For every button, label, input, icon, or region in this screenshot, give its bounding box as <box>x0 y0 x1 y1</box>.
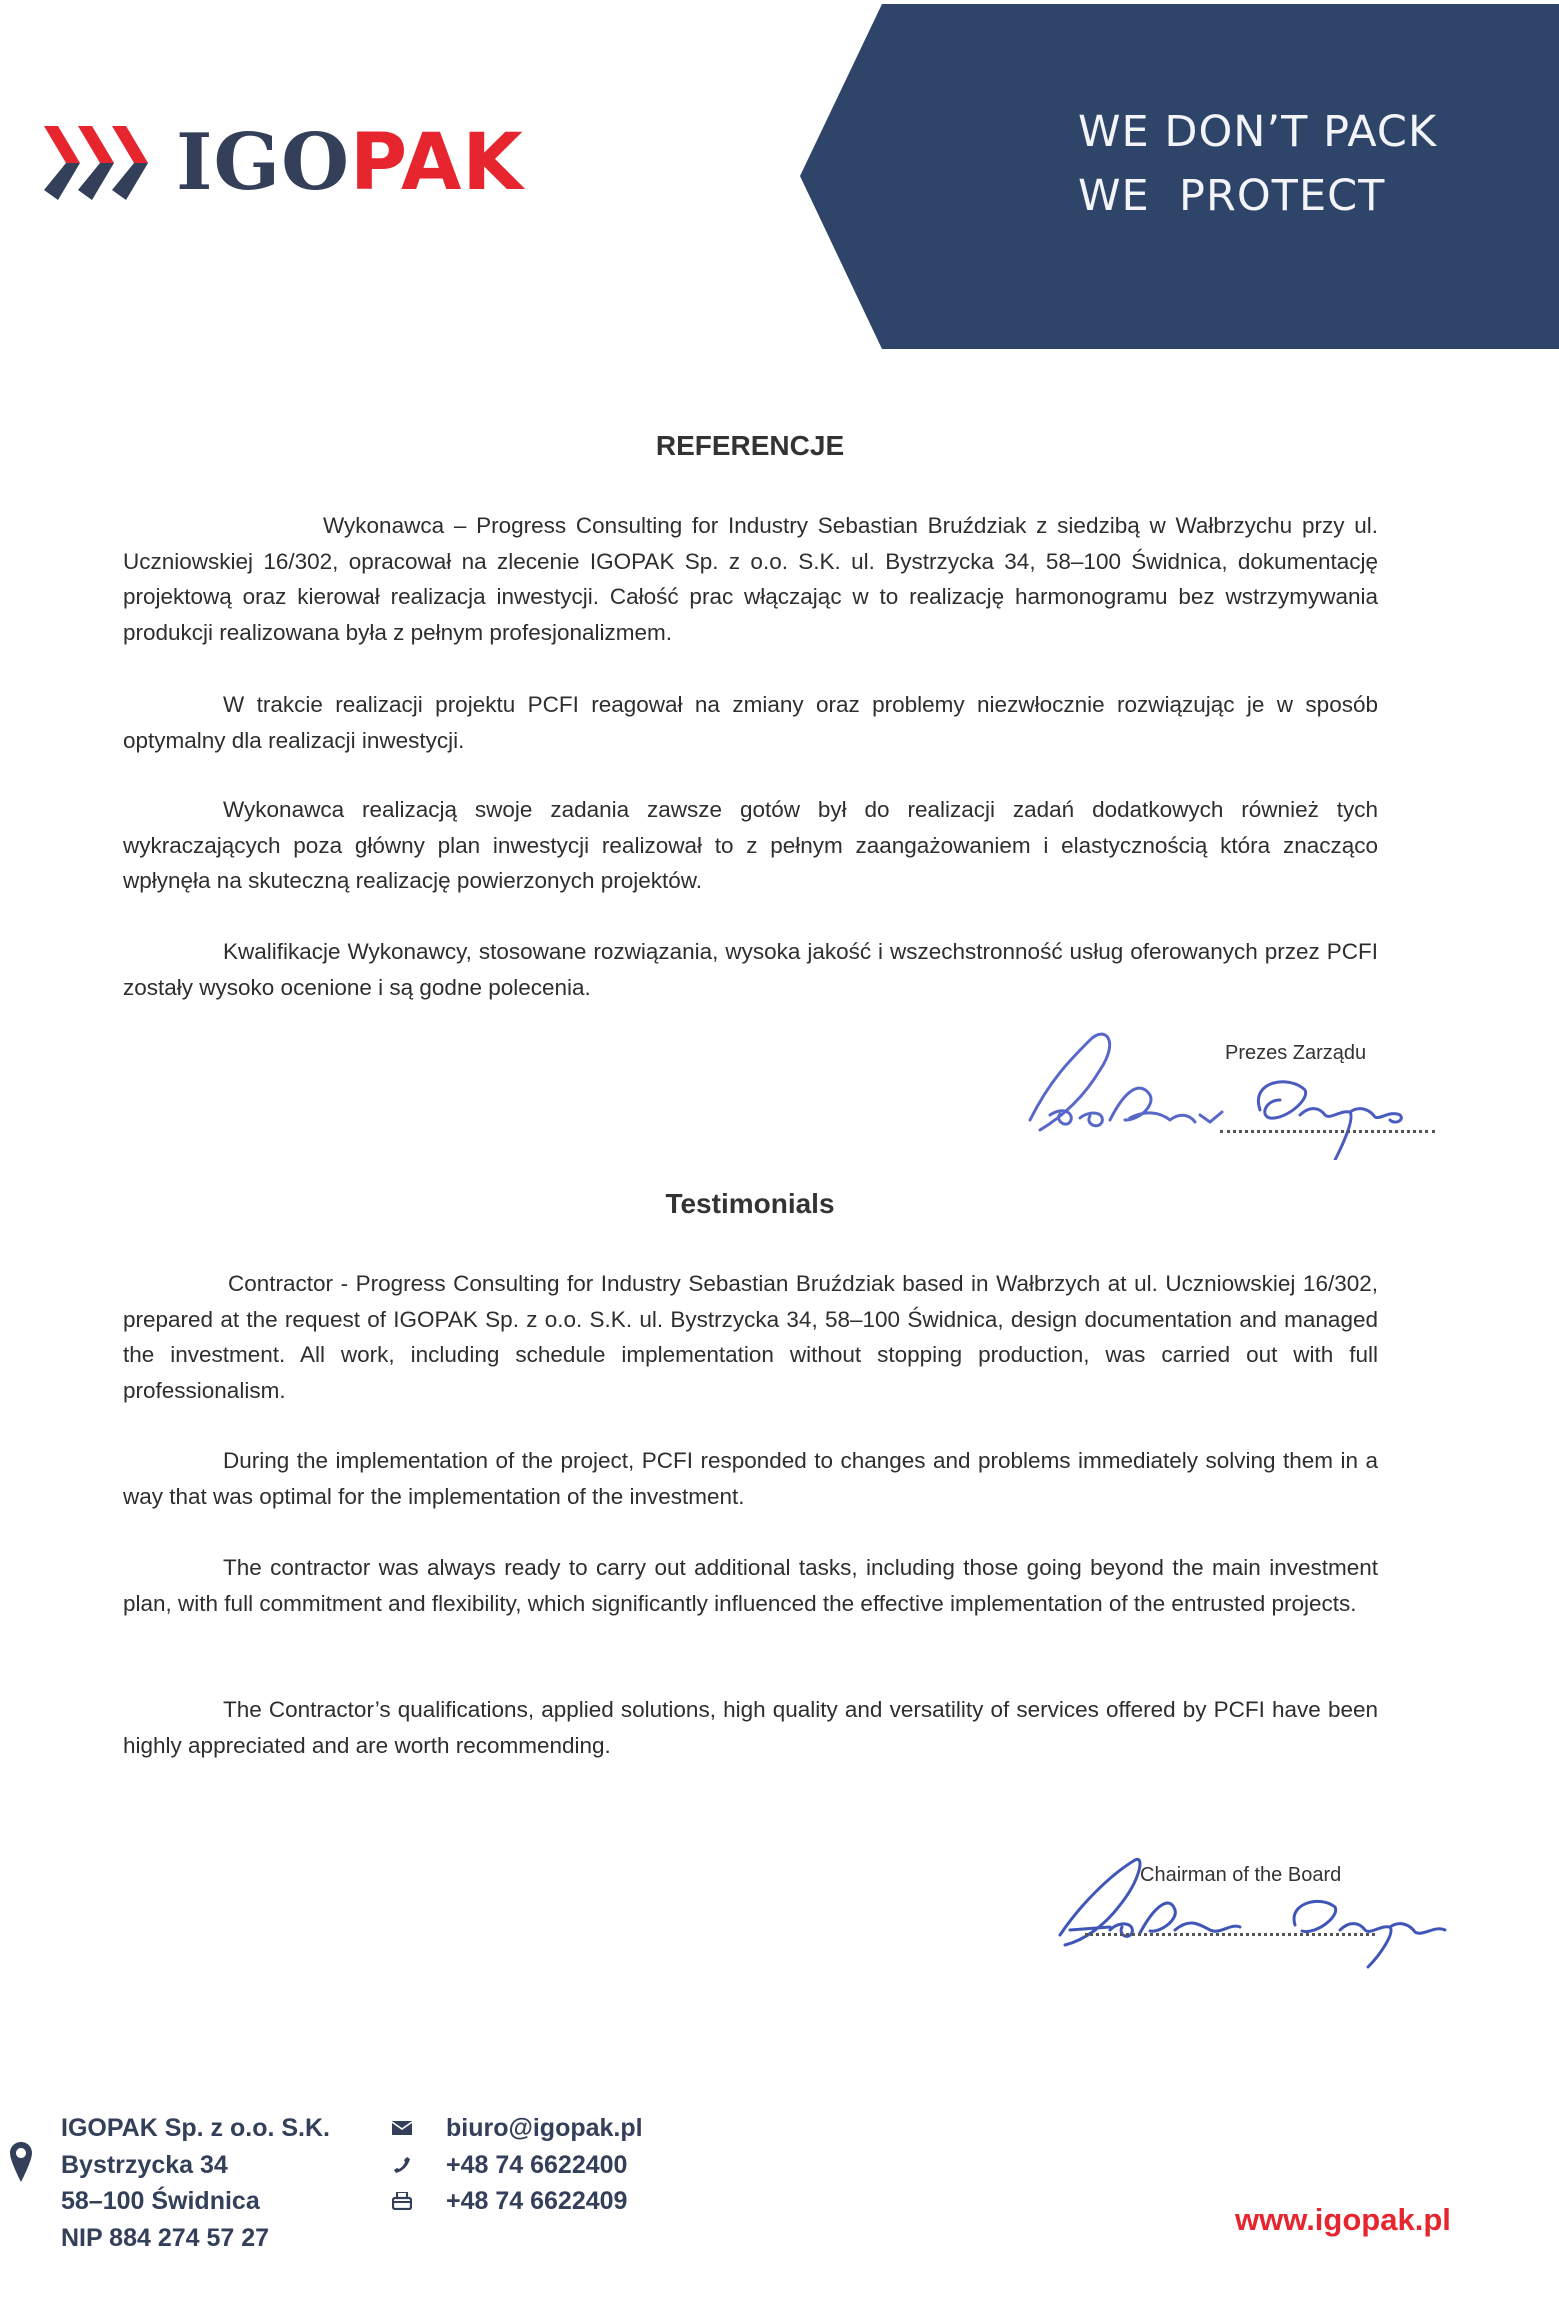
signature-line <box>1220 1130 1435 1133</box>
company-logo: IGOPAK <box>44 118 524 208</box>
logo-text-pak: PAK <box>350 124 524 202</box>
tagline: WE DON’T PACK WE PROTECT <box>1078 100 1437 228</box>
address-company: IGOPAK Sp. z o.o. S.K. <box>61 2110 330 2147</box>
phone-icon <box>390 2154 414 2176</box>
signature-role-polish: Prezes Zarządu <box>1225 1042 1366 1065</box>
contact-phone[interactable]: +48 74 6622400 <box>390 2147 643 2184</box>
tagline-line-2: WE PROTECT <box>1078 164 1437 228</box>
address-street: Bystrzycka 34 <box>61 2147 330 2184</box>
footer-contacts: biuro@igopak.pl +48 74 6622400 +48 74 66… <box>390 2110 643 2220</box>
envelope-icon <box>390 2117 414 2139</box>
paragraph-en-1: Contractor - Progress Consulting for Ind… <box>123 1266 1378 1408</box>
signature-line <box>1085 1933 1375 1936</box>
website-link[interactable]: www.igopak.pl <box>1235 2202 1451 2238</box>
tagline-line-1: WE DON’T PACK <box>1078 100 1437 164</box>
phone-number[interactable]: +48 74 6622400 <box>446 2147 627 2184</box>
address-city: 58–100 Świdnica <box>61 2183 330 2220</box>
footer-address: IGOPAK Sp. z o.o. S.K. Bystrzycka 34 58–… <box>61 2110 330 2256</box>
email-link[interactable]: biuro@igopak.pl <box>446 2110 643 2147</box>
logo-text-igo: IGO <box>176 124 350 202</box>
signature-block-english: Chairman of the Board <box>1050 1855 1470 1975</box>
fax-number[interactable]: +48 74 6622409 <box>446 2183 627 2220</box>
paragraph-pl-1: Wykonawca – Progress Consulting for Indu… <box>123 508 1378 650</box>
signature-role-english: Chairman of the Board <box>1140 1864 1341 1887</box>
signature-block-polish: Prezes Zarządu <box>1010 1020 1430 1160</box>
contact-email[interactable]: biuro@igopak.pl <box>390 2110 643 2147</box>
chevrons-logo-icon <box>44 124 164 202</box>
section-title-english: Testimonials <box>0 1188 1500 1220</box>
paragraph-pl-3: Wykonawca realizacją swoje zadania zawsz… <box>123 792 1378 899</box>
signature-icon <box>1010 1020 1430 1160</box>
address-nip: NIP 884 274 57 27 <box>61 2220 330 2257</box>
map-pin-icon <box>10 2142 32 2182</box>
paragraph-pl-2: W trakcie realizacji projektu PCFI reago… <box>123 687 1378 758</box>
paragraph-pl-4: Kwalifikacje Wykonawcy, stosowane rozwią… <box>123 934 1378 1005</box>
fax-icon <box>390 2190 414 2212</box>
paragraph-en-2: During the implementation of the project… <box>123 1443 1378 1514</box>
paragraph-en-3: The contractor was always ready to carry… <box>123 1550 1378 1621</box>
section-title-polish: REFERENCJE <box>0 430 1500 462</box>
paragraph-en-4: The Contractor’s qualifications, applied… <box>123 1692 1378 1763</box>
contact-fax[interactable]: +48 74 6622409 <box>390 2183 643 2220</box>
